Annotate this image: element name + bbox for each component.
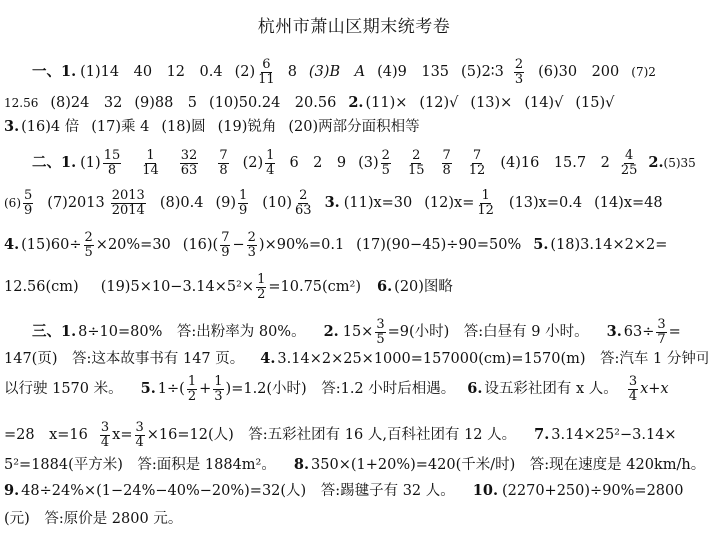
- s3-q2-heading: 2.: [324, 325, 339, 340]
- fraction: 25: [84, 231, 94, 259]
- section3-heading: 三、1.: [32, 325, 76, 340]
- s3-q7-heading: 7.: [534, 428, 549, 443]
- fraction: 78: [442, 149, 452, 177]
- section2-line4: 12.56(cm) (19)5×10−3.14×5²× 12 =10.75(cm…: [4, 270, 453, 304]
- fraction: 37: [656, 318, 666, 346]
- s2-part4-heading: 4.: [4, 238, 19, 253]
- s1-q5-label: (5)2∶3: [461, 65, 504, 80]
- s1-q16: (16)4 倍: [21, 120, 79, 135]
- s2-q18-cont: 12.56(cm): [4, 280, 79, 295]
- fraction: 23: [247, 231, 257, 259]
- s3-q9-heading: 9.: [4, 484, 19, 499]
- s3-a3-post: =: [669, 325, 681, 340]
- s3-a10: (2270+250)÷90%=2800: [502, 484, 683, 499]
- s1-q7-cont: 12.56: [4, 97, 38, 109]
- fraction: 23: [514, 58, 524, 86]
- s3-a3-pre: 63÷: [624, 325, 655, 340]
- section1-line1: 一、1. (1)14 40 12 0.4 (2) 611 8 (3)B A (4…: [32, 58, 668, 86]
- section2-heading: 二、1.: [32, 156, 76, 171]
- s3-a7: 3.14×25²−3.14×: [551, 428, 676, 443]
- s3-a8: 350×(1+20%)=420(千米/时) 答:现在速度是 420km/h。: [311, 458, 705, 473]
- s1-q7: (7)2: [631, 66, 656, 78]
- page-title: 杭州市萧山区期末统考卷: [0, 12, 708, 37]
- fraction: 13: [213, 375, 223, 403]
- minus-sign: −: [232, 238, 244, 253]
- section3-line5: 5²=1884(平方米) 答:面积是 1884m²。 8. 350×(1+20%…: [4, 458, 705, 473]
- fraction: 712: [468, 149, 487, 177]
- s1-q1: (1)14 40 12 0.4: [80, 65, 222, 80]
- s1-q8: (8)24 32: [50, 96, 122, 111]
- s1-part3-heading: 3.: [4, 120, 19, 135]
- s2-q7-label: (7)2013: [47, 196, 104, 211]
- fraction: 158: [103, 149, 122, 177]
- s2-q9-label: (9): [215, 196, 236, 211]
- section3-line6: 9. 48÷24%×(1−24%−40%−20%)=32(人) 答:踢毽子有 3…: [4, 484, 683, 499]
- s1-q10: (10)50.24 20.56: [209, 96, 336, 111]
- s3-a3-cont: 147(页) 答:这本故事书有 147 页。: [4, 352, 244, 367]
- s1-q2: (2) 611 8: [235, 58, 297, 86]
- s3-q3-heading: 3.: [607, 325, 622, 340]
- s1-q12: (12)√: [419, 96, 458, 111]
- s3-a7-cont: 5²=1884(平方米) 答:面积是 1884m²。: [4, 458, 276, 473]
- s2-q14: (14)x=48: [594, 196, 663, 211]
- s1-q2-label: (2): [235, 65, 256, 80]
- s2-q19-pre: (19)5×10−3.14×5²×: [101, 280, 254, 295]
- s2-q15-post: ×20%=30: [96, 238, 171, 253]
- fraction: 34: [135, 421, 145, 449]
- s3-a2-post: =9(小时) 答:白昼有 9 小时。: [388, 325, 589, 340]
- section3-line2: 147(页) 答:这本故事书有 147 页。 4. 3.14×2×25×1000…: [4, 352, 708, 367]
- s3-a9: 48÷24%×(1−24%−40%−20%)=32(人) 答:踢毽子有 32 人…: [21, 484, 455, 499]
- section2-line1: 二、1. (1) 158 114 3263 78 (2) 14 6 2 9 (3…: [32, 146, 696, 180]
- s1-q14: (14)√: [524, 96, 563, 111]
- s2-part2-heading: 2.: [648, 156, 663, 171]
- s3-a6-cont: =28 x=16: [4, 428, 88, 443]
- section3-line4: =28 x=16 34 x= 34 ×16=12(人) 答:五彩社团有 16 人…: [4, 418, 677, 452]
- s1-q13: (13)×: [470, 96, 512, 111]
- s1-q3: (3)B A: [309, 65, 365, 80]
- s1-q18: (18)圆: [161, 120, 205, 135]
- s2-q20: (20)图略: [394, 280, 453, 295]
- s2-q8: (8)0.4: [160, 196, 204, 211]
- s1-q15: (15)√: [575, 96, 614, 111]
- s1-q9: (9)88 5: [134, 96, 197, 111]
- fraction: 79: [220, 231, 230, 259]
- s3-a2-pre: 15×: [343, 325, 374, 340]
- s1-q17: (17)乘 4: [91, 120, 149, 135]
- s2-q2-label: (2): [243, 156, 264, 171]
- s1-q4: (4)9 135: [377, 65, 449, 80]
- s3-a4: 3.14×2×25×1000=157000(cm)=1570(m) 答:汽车 1…: [277, 352, 708, 367]
- s3-a5-post: )=1.2(小时) 答:1.2 小时后相遇。: [226, 382, 456, 397]
- fraction: 611: [257, 58, 276, 86]
- s3-a6-post: x+x: [640, 382, 669, 397]
- s1-q2-post: 8: [288, 65, 297, 80]
- s2-q12-label: (12)x=: [424, 196, 474, 211]
- s3-a4-cont: 以行驶 1570 米。: [4, 382, 123, 397]
- fraction: 12: [256, 273, 266, 301]
- s3-a1: 8÷10=80% 答:出粉率为 80%。: [78, 325, 305, 340]
- s2-q11: (11)x=30: [344, 196, 413, 211]
- section3-line7: (元) 答:原价是 2800 元。: [4, 512, 182, 527]
- s2-q2-post: 6 2 9: [289, 156, 346, 171]
- s2-q16-post: )×90%=0.1: [259, 238, 344, 253]
- s1-q11: (11)×: [365, 96, 407, 111]
- s2-q15-pre: (15)60÷: [21, 238, 81, 253]
- s2-q3-label: (3): [358, 156, 379, 171]
- s2-part6-heading: 6.: [377, 280, 392, 295]
- fraction: 215: [407, 149, 426, 177]
- s2-q6-label: (6): [4, 197, 21, 209]
- s3-q4-heading: 4.: [260, 352, 275, 367]
- fraction: 12: [187, 375, 197, 403]
- s1-q6: (6)30 200: [538, 65, 619, 80]
- fraction: 34: [100, 421, 110, 449]
- s2-q4-label: (4)16 15.7 2: [500, 156, 610, 171]
- s2-q5: (5)35: [664, 157, 696, 169]
- fraction: 20132014: [111, 189, 146, 217]
- s2-q10-label: (10): [262, 196, 292, 211]
- section2-line3: 4. (15)60÷ 25 ×20%=30 (16)( 79 − 23 )×90…: [4, 228, 667, 262]
- fraction: 114: [141, 149, 160, 177]
- section3-line1: 三、1. 8÷10=80% 答:出粉率为 80%。 2. 15× 35 =9(小…: [32, 316, 681, 348]
- s3-a6-mid: x=: [112, 428, 132, 443]
- plus-sign: +: [199, 382, 211, 397]
- section1-heading: 一、1.: [32, 65, 76, 80]
- fraction: 3263: [180, 149, 199, 177]
- s2-q19-post: =10.75(cm²): [268, 280, 361, 295]
- s2-part5-heading: 5.: [533, 238, 548, 253]
- fraction: 19: [238, 189, 248, 217]
- s3-a5-pre: 1÷(: [158, 382, 185, 397]
- s3-a6-answer: ×16=12(人) 答:五彩社团有 16 人,百科社团有 12 人。: [147, 428, 516, 443]
- s2-q1-label: (1): [80, 156, 101, 171]
- s2-q16-pre: (16)(: [183, 238, 218, 253]
- section1-line3: 3. (16)4 倍 (17)乘 4 (18)圆 (19)锐角 (20)两部分面…: [4, 120, 432, 135]
- fraction: 14: [265, 149, 275, 177]
- s3-q10-heading: 10.: [473, 484, 498, 499]
- s1-q20: (20)两部分面积相等: [288, 120, 419, 135]
- s1-q19: (19)锐角: [218, 120, 277, 135]
- s3-a10-cont: (元) 答:原价是 2800 元。: [4, 512, 182, 527]
- section3-line3: 以行驶 1570 米。 5. 1÷( 12 + 13 )=1.2(小时) 答:1…: [4, 372, 669, 406]
- s3-q8-heading: 8.: [294, 458, 309, 473]
- fraction: 263: [294, 189, 313, 217]
- s2-q17: (17)(90−45)÷90=50%: [356, 238, 521, 253]
- fraction: 425: [620, 149, 639, 177]
- s3-a6-pre: 设五彩社团有 x 人。: [484, 382, 617, 397]
- s3-q5-heading: 5.: [141, 382, 156, 397]
- s1-part2-heading: 2.: [348, 96, 363, 111]
- s2-part3-heading: 3.: [325, 196, 340, 211]
- fraction: 112: [476, 189, 495, 217]
- fraction: 35: [375, 318, 385, 346]
- section1-line2: 12.56 (8)24 32 (9)88 5 (10)50.24 20.56 2…: [4, 96, 626, 111]
- fraction: 78: [218, 149, 228, 177]
- fraction: 34: [628, 375, 638, 403]
- section2-line2: (6) 59 (7)2013 20132014 (8)0.4 (9) 19 (1…: [4, 186, 675, 220]
- fraction: 25: [381, 149, 391, 177]
- s3-q6-heading: 6.: [467, 382, 482, 397]
- fraction: 59: [23, 189, 33, 217]
- s1-q5: (5)2∶3 23: [461, 58, 526, 86]
- s2-q13: (13)x=0.4: [509, 196, 582, 211]
- s2-q18: (18)3.14×2×2=: [550, 238, 667, 253]
